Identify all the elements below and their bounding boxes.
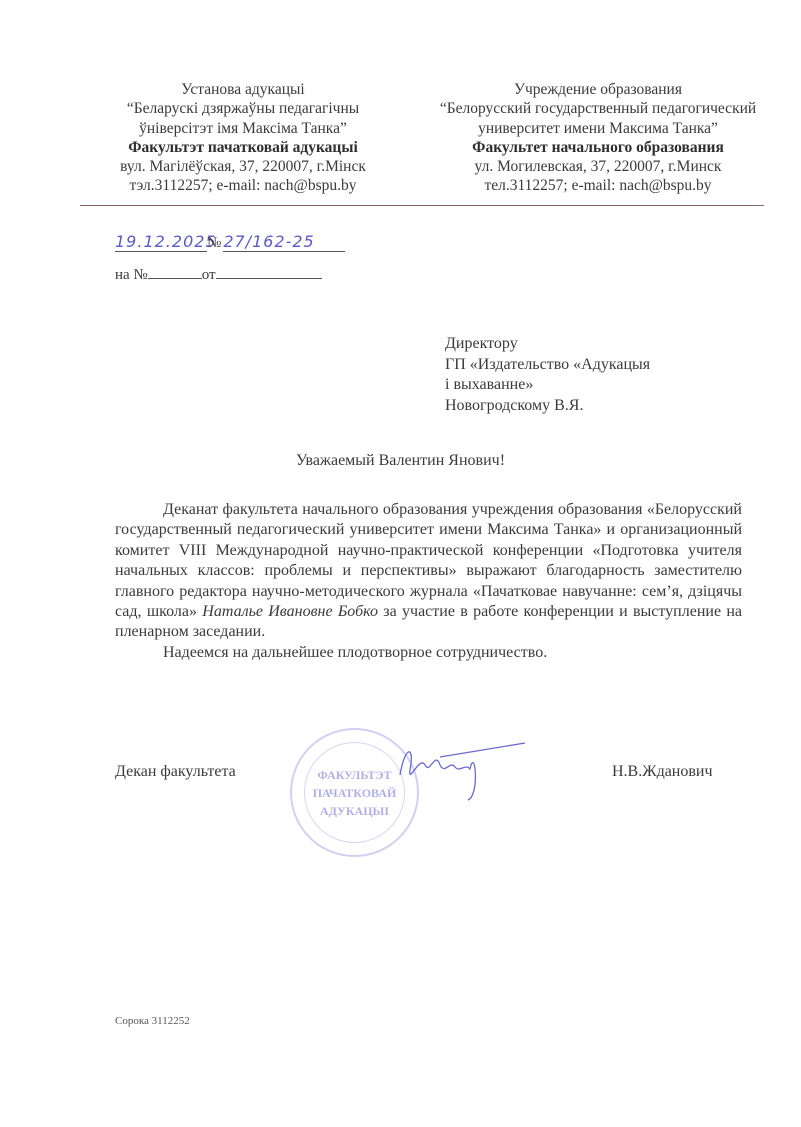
contacts: тэл.3112257; e-mail: nach@bspu.by (108, 176, 378, 195)
institution-type: Учреждение образования (408, 80, 788, 99)
registration-line: 19.12.2025№27/162-25 (115, 232, 345, 254)
letter-body: Деканат факультета начального образовани… (115, 500, 742, 663)
institution-type: Установа адукацыі (108, 80, 378, 99)
addressee-position: Директору (445, 334, 650, 355)
ref-number-blank (148, 264, 202, 279)
header-belarusian: Установа адукацыі “Беларускі дзяржаўны п… (108, 80, 378, 196)
handwritten-signature-icon (380, 735, 530, 805)
signatory-title: Декан факультета (115, 763, 236, 781)
faculty-name: Факультэт пачатковай адукацыі (128, 139, 358, 156)
addressee-block: Директору ГП «Издательство «Адукацыя і в… (445, 334, 650, 416)
header-divider (80, 205, 764, 206)
contacts: тел.3112257; e-mail: nach@bspu.by (408, 176, 788, 195)
reference-line: на №от (115, 264, 322, 284)
executor-note: Сорока 3112252 (115, 1015, 190, 1027)
university-name-line1: “Беларускі дзяржаўны педагагічны (108, 99, 378, 118)
address: ул. Могилевская, 37, 220007, г.Минск (408, 157, 788, 176)
addressee-name: Новогродскому В.Я. (445, 396, 650, 417)
university-name-line1: “Белорусский государственный педагогичес… (408, 99, 788, 118)
header-russian: Учреждение образования “Белорусский госу… (408, 80, 788, 196)
university-name-line2: университет имени Максима Танка” (408, 119, 788, 138)
ref-date-blank (216, 264, 322, 279)
faculty-name: Факультет начального образования (472, 139, 724, 156)
number-label: № (207, 235, 221, 251)
outgoing-number: 27/162-25 (223, 232, 345, 252)
ref-from-label: от (202, 267, 216, 283)
salutation: Уважаемый Валентин Янович! (0, 452, 801, 470)
body-paragraph-2: Надеемся на дальнейшее плодотворное сотр… (115, 643, 742, 663)
addressee-org-line1: ГП «Издательство «Адукацыя (445, 355, 650, 376)
signatory-name: Н.В.Жданович (612, 763, 713, 781)
ref-number-label: на № (115, 267, 148, 283)
address: вул. Магілёўская, 37, 220007, г.Мінск (108, 157, 378, 176)
body-paragraph-1: Деканат факультета начального образовани… (115, 500, 742, 643)
outgoing-date: 19.12.2025 (115, 232, 207, 252)
honoree-name: Наталье Ивановне Бобко (202, 603, 378, 620)
university-name-line2: ўніверсітэт імя Максіма Танка” (108, 119, 378, 138)
addressee-org-line2: і выхаванне» (445, 375, 650, 396)
